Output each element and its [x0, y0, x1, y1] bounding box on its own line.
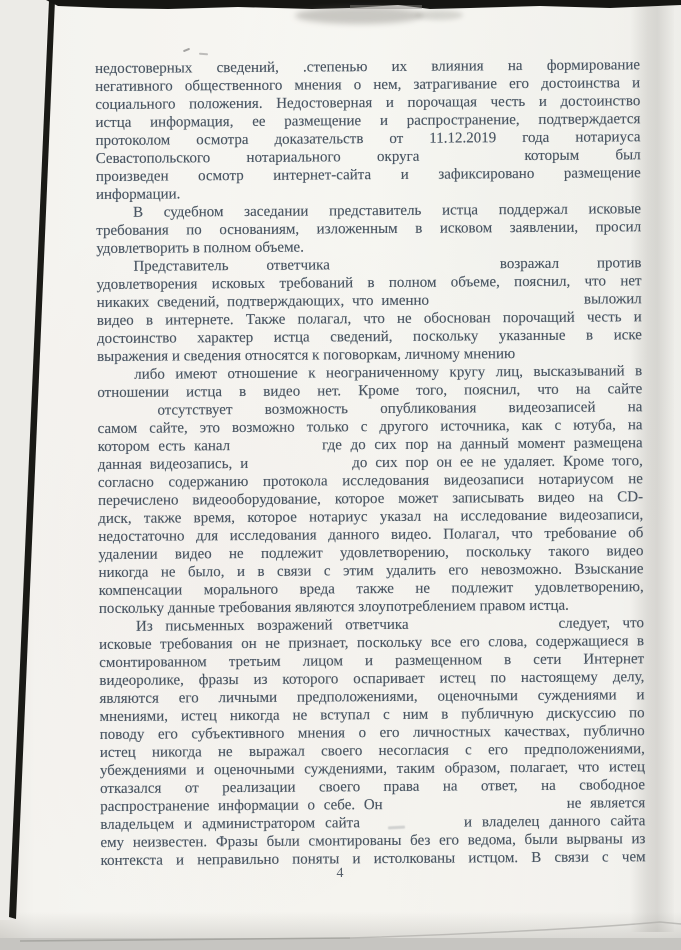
ink-smudge [295, 7, 423, 24]
redaction-gap [248, 466, 352, 468]
paragraph: либо имеют отношение к неограниченному к… [97, 362, 644, 618]
paragraph: В судебном заседании представитель истца… [96, 200, 641, 258]
paragraph: недостоверных сведений, .степенью их вли… [95, 56, 641, 204]
bottom-edge-shadow [0, 912, 681, 938]
redaction-gap [383, 807, 567, 809]
text-line: требования по основаниям, изложенным в и… [96, 218, 641, 240]
ink-smudge-small [415, 10, 463, 20]
text-line: произведен осмотр интернет-сайта и зафик… [96, 164, 641, 186]
redaction-gap [230, 448, 322, 450]
scanned-page-photo: недостоверных сведений, .степенью их вли… [0, 0, 681, 950]
scanner-background [0, 938, 681, 950]
text-line: контекста и неправильно поняты и истолко… [101, 848, 646, 870]
redaction-gap [97, 414, 157, 415]
document-text-block: недостоверных сведений, .степенью их вли… [95, 56, 646, 870]
page-number: 4 [330, 866, 350, 882]
redaction-gap [360, 825, 464, 827]
redaction-gap [419, 159, 524, 161]
redaction-gap [409, 627, 559, 629]
redaction-gap [429, 303, 584, 305]
redaction-gap [330, 267, 500, 269]
paragraph: Из письменных возражений ответчикаследуе… [99, 614, 646, 870]
text-line: достоинство характер истца сведений, пос… [97, 326, 642, 348]
paragraph: Представитель ответчикавозражал противуд… [96, 254, 642, 366]
